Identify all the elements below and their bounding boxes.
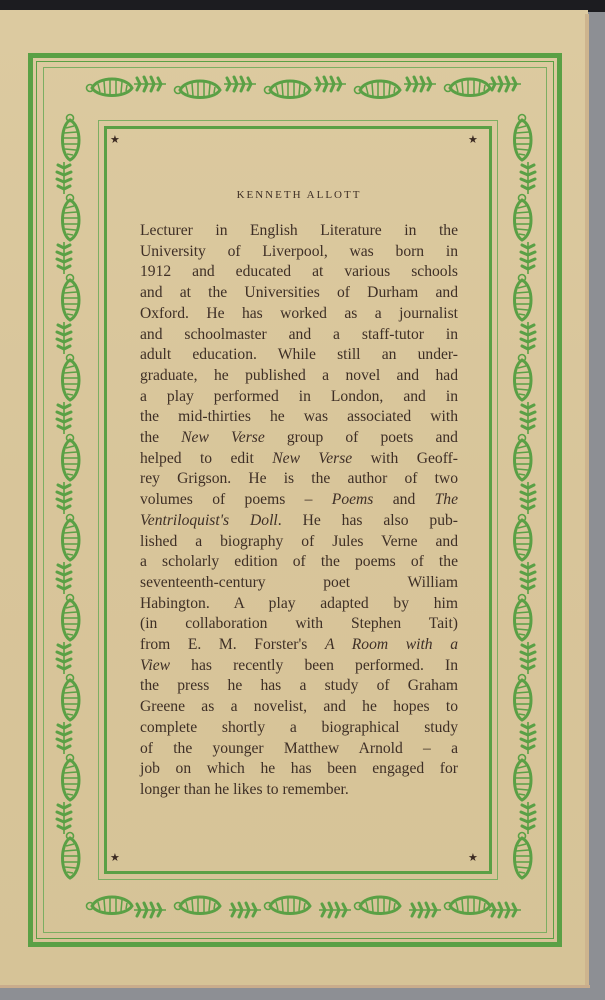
bio-line: University of Liverpool, was born in — [140, 242, 458, 263]
bio-line: longer than he likes to remember. — [140, 780, 458, 801]
author-name-heading: KENNETH ALLOTT — [140, 189, 458, 201]
bio-line: View has recently been performed. In — [140, 656, 458, 677]
bio-line: job on which he has been engaged for — [140, 759, 458, 780]
bio-line: of the younger Matthew Arnold – a — [140, 739, 458, 760]
bio-line: complete shortly a biographical study — [140, 718, 458, 739]
star-ornament-icon: ★ — [110, 852, 120, 863]
bio-line: and schoolmaster and a staff-tutor in — [140, 325, 458, 346]
bio-line: lished a biography of Jules Verne and — [140, 532, 458, 553]
bio-line: rey Grigson. He is the author of two — [140, 469, 458, 490]
bio-line: Habington. A play adapted by him — [140, 594, 458, 615]
bio-line: a play performed in London, and in — [140, 387, 458, 408]
bio-line: adult education. While still an under- — [140, 345, 458, 366]
bio-line: from E. M. Forster's A Room with a — [140, 635, 458, 656]
bio-line: Oxford. He has worked as a journalist — [140, 304, 458, 325]
author-bio-text: Lecturer in English Literature in theUni… — [140, 221, 458, 801]
bio-line: Greene as a novelist, and he hopes to — [140, 697, 458, 718]
star-ornament-icon: ★ — [468, 134, 478, 145]
bio-line: Ventriloquist's Doll. He has also pub- — [140, 511, 458, 532]
bio-line: volumes of poems – Poems and The — [140, 490, 458, 511]
bio-line: graduate, he published a novel and had — [140, 366, 458, 387]
bio-line: helped to edit New Verse with Geoff- — [140, 449, 458, 470]
star-ornament-icon: ★ — [110, 134, 120, 145]
author-bio: KENNETH ALLOTT Lecturer in English Liter… — [140, 189, 458, 801]
bio-line: the mid-thirties he was associated with — [140, 407, 458, 428]
bio-line: and at the Universities of Durham and — [140, 283, 458, 304]
bio-line: a scholarly edition of the poems of the — [140, 552, 458, 573]
star-ornament-icon: ★ — [468, 852, 478, 863]
bio-line: seventeenth-century poet William — [140, 573, 458, 594]
bio-line: 1912 and educated at various schools — [140, 262, 458, 283]
bio-line: (in collaboration with Stephen Tait) — [140, 614, 458, 635]
bio-line: Lecturer in English Literature in the — [140, 221, 458, 242]
bio-line: the press he has a study of Graham — [140, 676, 458, 697]
bio-line: the New Verse group of poets and — [140, 428, 458, 449]
